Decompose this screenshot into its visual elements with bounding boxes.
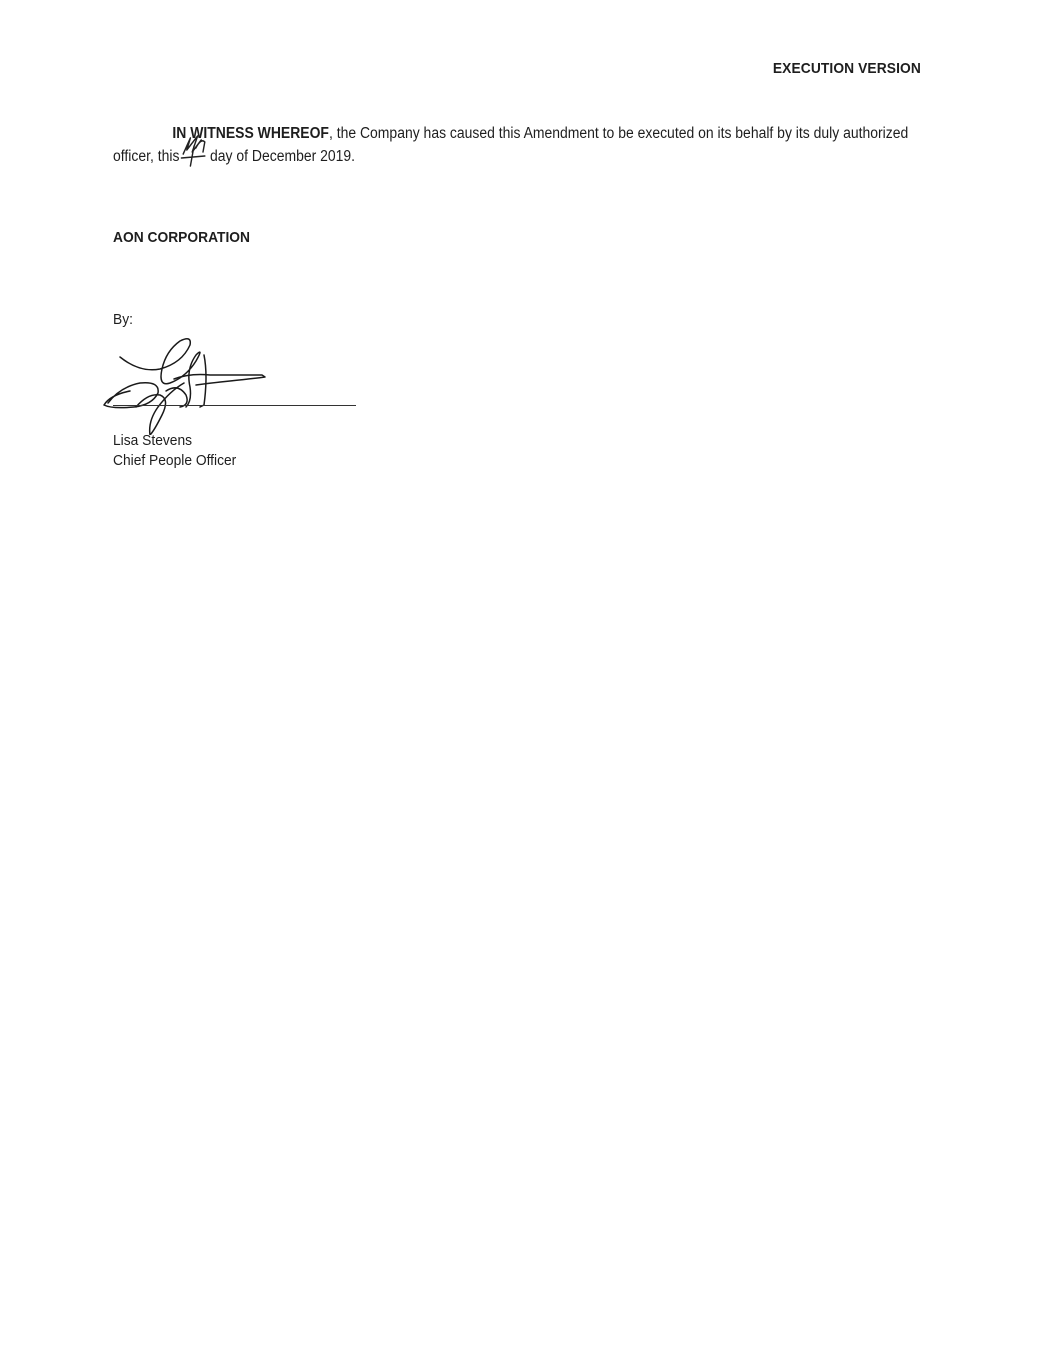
by-label: By: [113,311,133,328]
witness-paragraph: IN WITNESS WHEREOF, the Company has caus… [113,122,851,168]
signer-title: Chief People Officer [113,452,236,469]
witness-line-2: officer, this day of December 2019. [113,145,851,168]
signer-name: Lisa Stevens [113,432,192,449]
handwritten-day-scribble-icon [178,132,214,166]
witness-line-1: IN WITNESS WHEREOF, the Company has caus… [113,122,851,145]
handwritten-signature-icon [100,335,370,435]
execution-version-label: EXECUTION VERSION [773,60,921,77]
witness-line-2-suffix: day of December 2019. [210,148,355,165]
witness-line-1-text: , the Company has caused this Amendment … [329,125,908,142]
handwritten-day [179,146,210,164]
signature-line [113,405,356,406]
witness-line-2-prefix: officer, this [113,148,179,165]
document-page: EXECUTION VERSION IN WITNESS WHEREOF, th… [0,0,1055,1365]
company-name: AON CORPORATION [113,229,250,246]
